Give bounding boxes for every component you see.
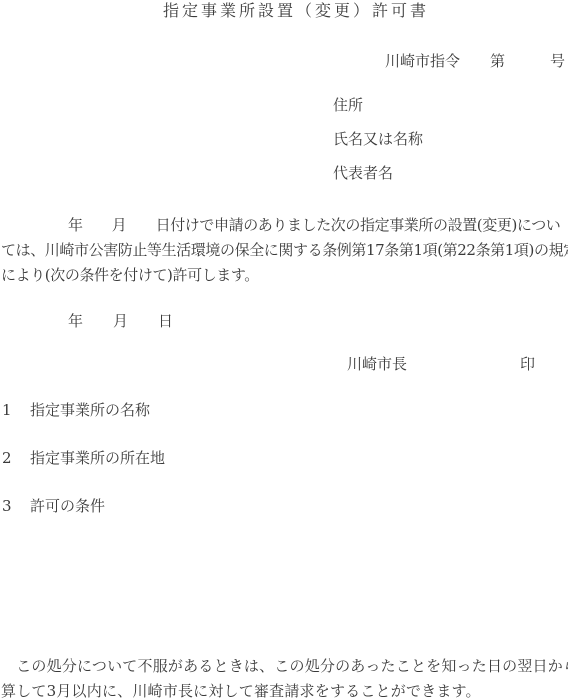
item-label-establishment-name: 指定事業所の名称 <box>30 402 150 419</box>
document-title: 指定事業所設置（変更）許可書 <box>163 2 429 20</box>
body-paragraph-line-3: により(次の条件を付けて)許可します。 <box>1 267 259 284</box>
permit-document: 指定事業所設置（変更）許可書 川崎市指令 第 号 住所 氏名又は名称 代表者名 … <box>0 0 568 700</box>
addressee-representative-label: 代表者名 <box>333 165 393 182</box>
item-number: 2 <box>2 450 12 467</box>
body-paragraph-line-1: 年 月 日付けで申請のありました次の指定事業所の設置(変更)につい <box>68 217 560 234</box>
item-label-establishment-location: 指定事業所の所在地 <box>30 450 165 467</box>
item-number: 1 <box>2 402 12 419</box>
issue-date-line: 年 月 日 <box>68 313 173 330</box>
directive-number-line: 川崎市指令 第 号 <box>385 53 565 70</box>
issuer-name: 川崎市長 <box>347 356 407 373</box>
item-number: 3 <box>2 498 12 515</box>
appeal-notice-line-2: 算して3月以内に、川崎市長に対して審査請求をすることができます。 <box>1 683 481 700</box>
body-paragraph-line-2: ては、川崎市公害防止等生活環境の保全に関する条例第17条第1項(第22条第1項)… <box>1 242 568 259</box>
seal-placeholder: 印 <box>520 356 535 373</box>
addressee-name-label: 氏名又は名称 <box>333 131 423 148</box>
addressee-address-label: 住所 <box>333 97 363 114</box>
item-label-permit-conditions: 許可の条件 <box>30 498 105 515</box>
appeal-notice-line-1: この処分について不服があるときは、この処分のあったことを知った日の翌日から起 <box>1 658 568 675</box>
